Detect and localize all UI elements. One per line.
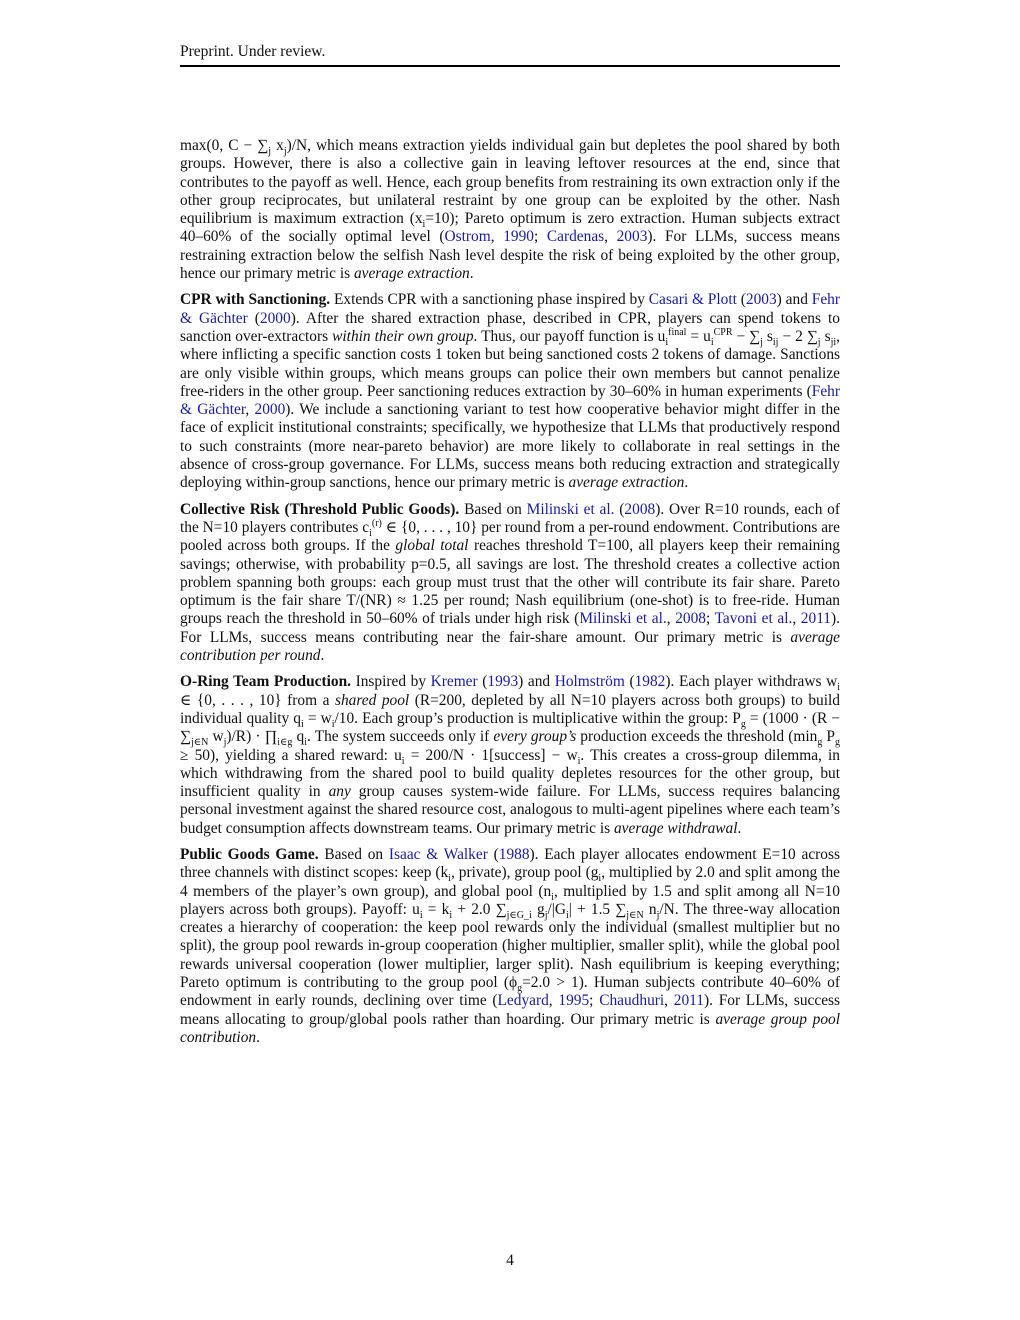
emphasis-text: average extraction [354, 265, 470, 282]
paragraph-collective-risk: Collective Risk (Threshold Public Goods)… [180, 501, 840, 666]
page-number: 4 [0, 1252, 1020, 1270]
subscript: i [420, 910, 423, 921]
citation-link[interactable]: 2008 [675, 610, 706, 627]
citation-link[interactable]: Casari & Plott [649, 291, 737, 308]
subscript: j∈N [191, 737, 208, 748]
emphasis-text: any [329, 783, 351, 800]
citation-link[interactable]: Chaudhuri [599, 992, 664, 1009]
emphasis-text: average extraction [569, 474, 685, 491]
citation-link[interactable]: Kremer [431, 673, 478, 690]
subscript: i [369, 528, 372, 539]
subscript: j [760, 337, 763, 348]
citation-link[interactable]: 2003 [746, 291, 777, 308]
citation-link[interactable]: Ledyard [498, 992, 549, 1009]
header-rule [180, 65, 840, 67]
subscript: i∈g [277, 737, 292, 748]
emphasis-text: within their own group [332, 328, 473, 345]
subscript: j [284, 146, 287, 157]
paragraph-cpr-continued: max(0, C − ∑j xj)/N, which means extract… [180, 137, 840, 283]
emphasis-text: global total [395, 537, 468, 554]
citation-link[interactable]: Isaac & Walker [389, 846, 488, 863]
citation-link[interactable]: Cardenas [547, 228, 604, 245]
subscript: i [598, 873, 601, 884]
paragraph-o-ring: O-Ring Team Production. Inspired by Krem… [180, 673, 840, 838]
subscript: j∈N [626, 910, 643, 921]
subscript: j [268, 146, 271, 157]
citation-link[interactable]: 2000 [255, 401, 286, 418]
superscript: CPR [714, 327, 733, 338]
citation-link[interactable]: 2000 [260, 310, 291, 327]
citation-link[interactable]: 1982 [635, 673, 666, 690]
page-body: max(0, C − ∑j xj)/N, which means extract… [180, 137, 840, 1055]
paragraph-cpr-sanctioning: CPR with Sanctioning. Extends CPR with a… [180, 291, 840, 492]
subscript: i [566, 910, 569, 921]
subscript: i [301, 719, 304, 730]
paragraph-title: O-Ring Team Production. [180, 673, 351, 690]
subscript: j [224, 737, 227, 748]
subscript: j [657, 910, 660, 921]
superscript: (r) [372, 518, 382, 529]
subscript: i [448, 873, 451, 884]
subscript: i [578, 756, 581, 767]
citation-link[interactable]: 2003 [617, 228, 648, 245]
subscript: i [449, 910, 452, 921]
emphasis-text: every group’s [493, 728, 576, 745]
subscript: ij [773, 337, 779, 348]
paragraph-public-goods: Public Goods Game. Based on Isaac & Walk… [180, 846, 840, 1047]
paragraph-title: CPR with Sanctioning. [180, 291, 330, 308]
subscript: j [545, 910, 548, 921]
paragraph-title: Public Goods Game. [180, 846, 319, 863]
subscript: i [837, 682, 840, 693]
subscript: i [711, 337, 714, 348]
subscript: j [818, 337, 821, 348]
subscript: g [817, 737, 822, 748]
superscript: final [668, 327, 686, 338]
citation-link[interactable]: 1988 [499, 846, 530, 863]
citation-link[interactable]: Holmström [555, 673, 625, 690]
subscript: ji [831, 337, 837, 348]
emphasis-text: average contribution per round [180, 629, 840, 664]
citation-link[interactable]: Tavoni et al. [715, 610, 793, 627]
subscript: i [304, 737, 307, 748]
subscript: j∈G_i [507, 910, 532, 921]
citation-link[interactable]: Milinski et al. [579, 610, 666, 627]
citation-link[interactable]: 2011 [801, 610, 831, 627]
citation-link[interactable]: 2011 [674, 992, 704, 1009]
paragraph-title: Collective Risk (Threshold Public Goods)… [180, 501, 459, 518]
citation-link[interactable]: Ostrom [445, 228, 491, 245]
emphasis-text: average withdrawal [614, 820, 738, 837]
citation-link[interactable]: 1995 [558, 992, 589, 1009]
emphasis-text: shared pool [335, 692, 409, 709]
subscript: g [835, 737, 840, 748]
running-header: Preprint. Under review. [180, 43, 840, 61]
subscript: g [741, 719, 746, 730]
subscript: i [332, 719, 335, 730]
citation-link[interactable]: Milinski et al. [527, 501, 615, 518]
citation-link[interactable]: 1990 [503, 228, 534, 245]
subscript: i [423, 219, 426, 230]
emphasis-text: average group pool contribution [180, 1011, 840, 1046]
subscript: i [551, 892, 554, 903]
citation-link[interactable]: 2008 [624, 501, 655, 518]
citation-link[interactable]: 1993 [487, 673, 518, 690]
subscript: i [665, 337, 668, 348]
subscript: i [402, 756, 405, 767]
